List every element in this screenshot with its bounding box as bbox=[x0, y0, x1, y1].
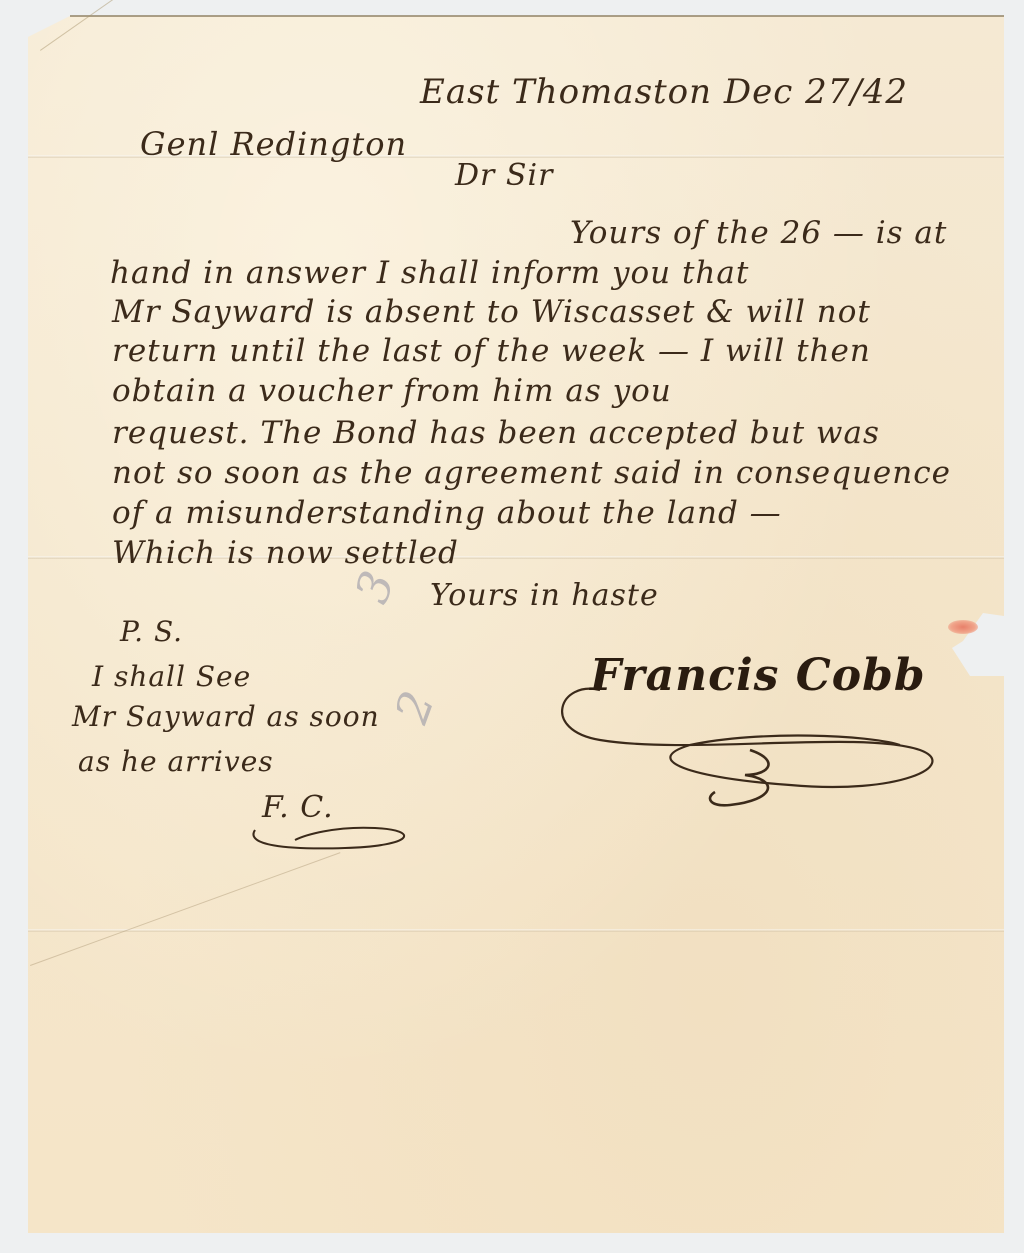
salutation: Dr Sir bbox=[455, 158, 553, 193]
body-line: request. The Bond has been accepted but … bbox=[112, 415, 880, 451]
scan-background: 3 2 East Thomaston Dec 27/42 Genl Reding… bbox=[0, 0, 1024, 1253]
signature: Francis Cobb bbox=[590, 650, 926, 701]
seal-residue bbox=[948, 620, 978, 634]
postscript-line: as he arrives bbox=[78, 745, 274, 778]
body-line: Mr Sayward is absent to Wiscasset & will… bbox=[112, 294, 871, 330]
postscript-line: Mr Sayward as soon bbox=[72, 700, 380, 733]
body-line: hand in answer I shall inform you that bbox=[110, 255, 749, 291]
body-line: obtain a voucher from him as you bbox=[112, 373, 672, 409]
addressee: Genl Redington bbox=[140, 125, 407, 163]
paper-top-edge bbox=[70, 15, 1004, 17]
initials-flourish bbox=[245, 810, 425, 860]
postscript-label: P. S. bbox=[120, 615, 183, 648]
body-line: of a misunderstanding about the land — bbox=[112, 495, 782, 531]
postscript-line: I shall See bbox=[92, 660, 251, 693]
body-line: not so soon as the agreement said in con… bbox=[112, 455, 951, 491]
fold-line bbox=[28, 929, 1004, 932]
body-line: Yours of the 26 — is at bbox=[570, 215, 947, 251]
body-line: return until the last of the week — I wi… bbox=[112, 333, 871, 369]
dateline: East Thomaston Dec 27/42 bbox=[420, 72, 908, 112]
closing: Yours in haste bbox=[430, 578, 659, 613]
body-line: Which is now settled bbox=[112, 535, 459, 571]
